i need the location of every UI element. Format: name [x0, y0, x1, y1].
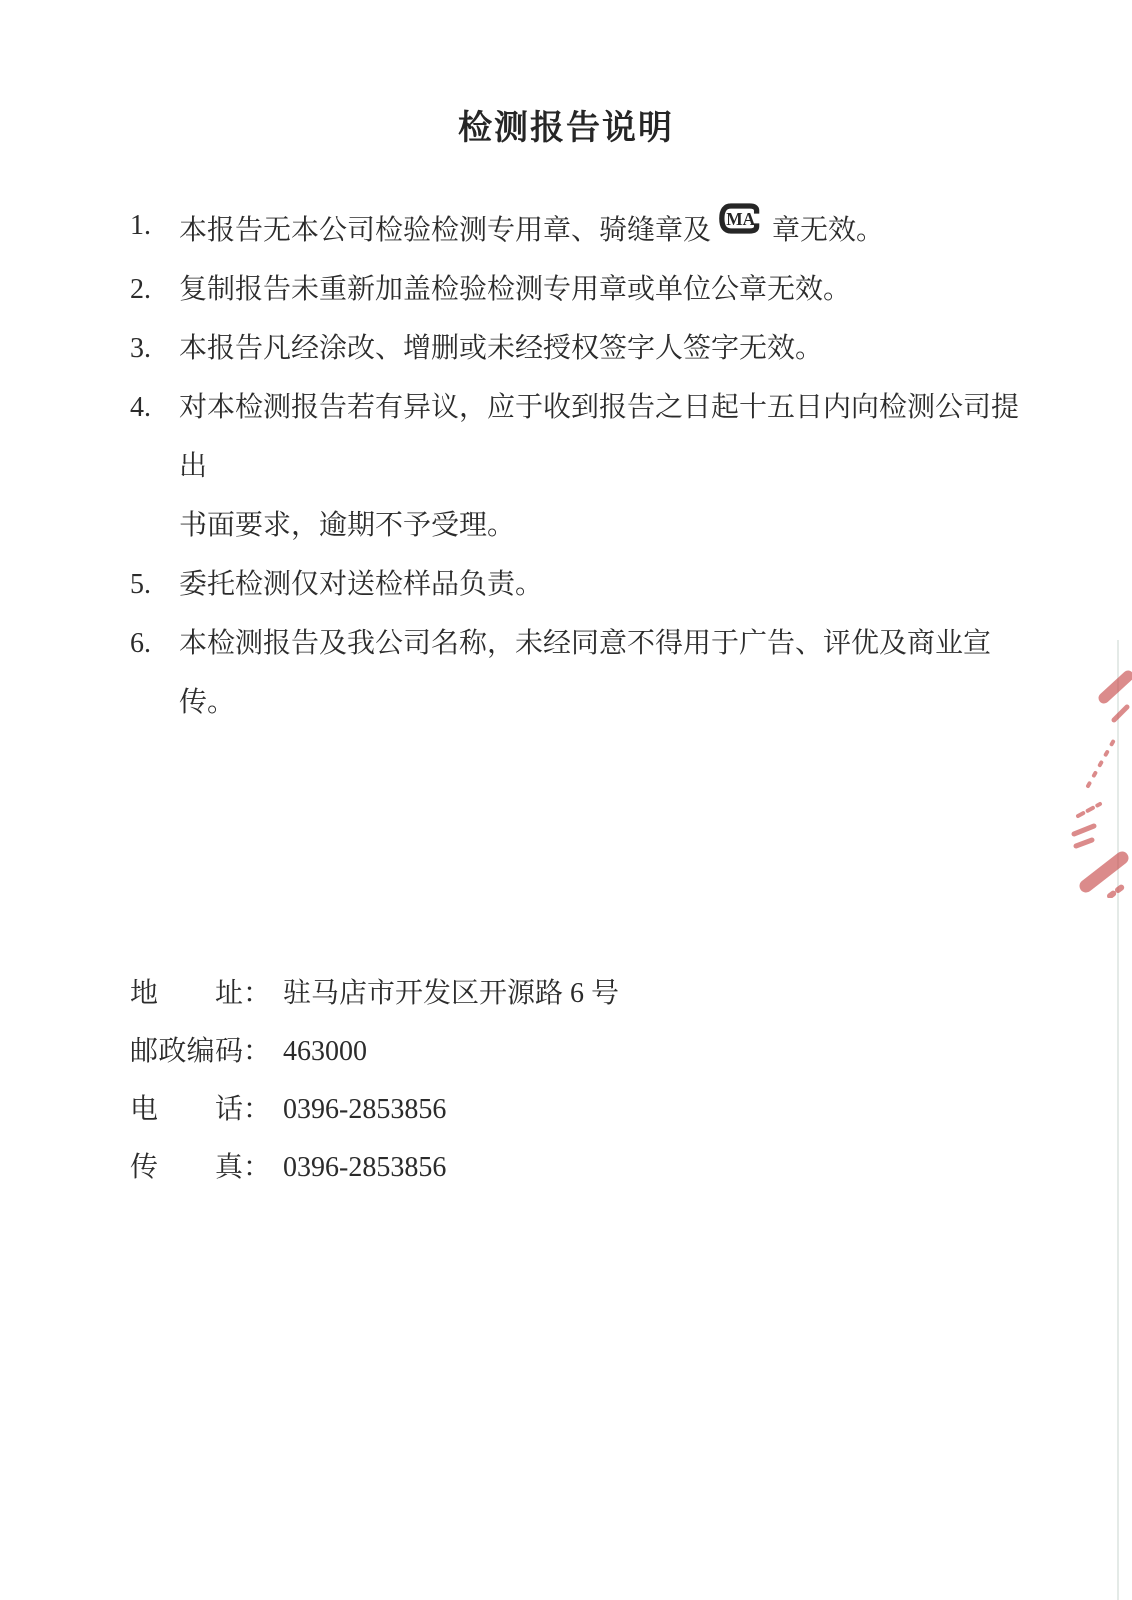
note-number: 2.	[130, 260, 179, 319]
contact-label: 邮政编码	[130, 1023, 243, 1081]
note-text: 本报告无本公司检验检测专用章、骑缝章及MA章无效。	[179, 196, 1032, 260]
note-item-1: 1. 本报告无本公司检验检测专用章、骑缝章及MA章无效。	[130, 196, 1032, 260]
note-item-4: 4. 对本检测报告若有异议，应于收到报告之日起十五日内向检测公司提出 书面要求，…	[130, 378, 1032, 555]
note-text: 本报告凡经涂改、增删或未经授权签字人签字无效。	[179, 319, 1032, 378]
note-text-after-logo: 章无效。	[772, 215, 884, 246]
contact-block: 地址：驻马店市开发区开源路 6 号 邮政编码：463000 电话：0396-28…	[130, 965, 1132, 1197]
contact-row-phone: 电话：0396-2853856	[130, 1081, 1132, 1139]
note-number: 3.	[130, 319, 179, 378]
note-text: 对本检测报告若有异议，应于收到报告之日起十五日内向检测公司提出 书面要求，逾期不…	[179, 378, 1032, 555]
contact-colon: ：	[243, 965, 271, 1023]
note-item-3: 3. 本报告凡经涂改、增删或未经授权签字人签字无效。	[130, 319, 1032, 378]
note-number: 6.	[130, 614, 179, 732]
contact-label: 地址	[130, 965, 243, 1023]
contact-colon: ：	[243, 1139, 271, 1197]
scan-page-edge-line	[1117, 640, 1119, 1600]
notes-list: 1. 本报告无本公司检验检测专用章、骑缝章及MA章无效。 2. 复制报告未重新加…	[130, 196, 1032, 732]
contact-value-address: 驻马店市开发区开源路 6 号	[283, 978, 619, 1009]
contact-value-fax: 0396-2853856	[283, 1152, 446, 1183]
cma-certification-icon: MA	[718, 196, 765, 255]
contact-label: 传真	[130, 1139, 243, 1197]
page-title: 检测报告说明	[0, 0, 1132, 149]
contact-colon: ：	[243, 1023, 271, 1081]
note-item-2: 2. 复制报告未重新加盖检验检测专用章或单位公章无效。	[130, 260, 1032, 319]
note-text: 本检测报告及我公司名称，未经同意不得用于广告、评优及商业宣传。	[179, 614, 1032, 732]
note-number: 1.	[130, 196, 179, 260]
document-page: 检测报告说明 1. 本报告无本公司检验检测专用章、骑缝章及MA章无效。 2. 复…	[0, 0, 1132, 1600]
contact-label: 电话	[130, 1081, 243, 1139]
note-number: 4.	[130, 378, 179, 555]
note-text-line-1: 对本检测报告若有异议，应于收到报告之日起十五日内向检测公司提出	[179, 378, 1032, 496]
contact-value-postal-code: 463000	[283, 1036, 367, 1067]
note-number: 5.	[130, 555, 179, 614]
red-stamp-fragment-icon	[1070, 668, 1132, 898]
contact-row-postal-code: 邮政编码：463000	[130, 1023, 1132, 1081]
svg-text:MA: MA	[726, 210, 755, 229]
contact-row-fax: 传真：0396-2853856	[130, 1139, 1132, 1197]
note-item-5: 5. 委托检测仅对送检样品负责。	[130, 555, 1032, 614]
note-text-before-logo: 本报告无本公司检验检测专用章、骑缝章及	[179, 215, 711, 246]
contact-row-address: 地址：驻马店市开发区开源路 6 号	[130, 965, 1132, 1023]
contact-colon: ：	[243, 1081, 271, 1139]
note-text-line-2: 书面要求，逾期不予受理。	[179, 496, 1032, 555]
note-text: 复制报告未重新加盖检验检测专用章或单位公章无效。	[179, 260, 1032, 319]
contact-value-phone: 0396-2853856	[283, 1094, 446, 1125]
note-text: 委托检测仅对送检样品负责。	[179, 555, 1032, 614]
note-item-6: 6. 本检测报告及我公司名称，未经同意不得用于广告、评优及商业宣传。	[130, 614, 1032, 732]
